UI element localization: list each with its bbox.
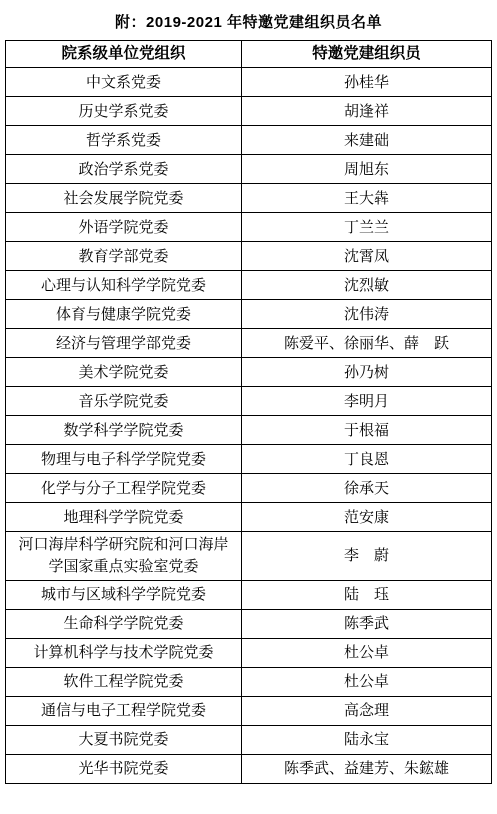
table-row: 计算机科学与技术学院党委杜公卓 [6, 638, 492, 667]
member-cell: 李明月 [242, 387, 492, 416]
org-cell: 光华书院党委 [6, 754, 242, 783]
member-cell: 陆 珏 [242, 580, 492, 609]
member-cell: 孙桂华 [242, 68, 492, 97]
org-cell: 物理与电子科学学院党委 [6, 445, 242, 474]
member-cell: 范安康 [242, 503, 492, 532]
member-cell: 来建础 [242, 126, 492, 155]
table-row: 美术学院党委孙乃树 [6, 358, 492, 387]
table-row: 通信与电子工程学院党委高念理 [6, 696, 492, 725]
member-cell: 李 蔚 [242, 532, 492, 581]
org-cell: 哲学系党委 [6, 126, 242, 155]
member-cell: 陆永宝 [242, 725, 492, 754]
org-cell: 经济与管理学部党委 [6, 329, 242, 358]
member-cell: 胡逢祥 [242, 97, 492, 126]
member-cell: 周旭东 [242, 155, 492, 184]
table-row: 哲学系党委来建础 [6, 126, 492, 155]
header-row: 院系级单位党组织 特邀党建组织员 [6, 41, 492, 68]
org-cell: 政治学系党委 [6, 155, 242, 184]
table-row: 体育与健康学院党委沈伟涛 [6, 300, 492, 329]
table-row: 地理科学学院党委范安康 [6, 503, 492, 532]
org-cell: 中文系党委 [6, 68, 242, 97]
org-cell: 教育学部党委 [6, 242, 242, 271]
table-row: 教育学部党委沈霄凤 [6, 242, 492, 271]
member-cell: 于根福 [242, 416, 492, 445]
org-cell: 外语学院党委 [6, 213, 242, 242]
org-cell: 生命科学学院党委 [6, 609, 242, 638]
org-cell: 大夏书院党委 [6, 725, 242, 754]
org-cell: 地理科学学院党委 [6, 503, 242, 532]
org-cell: 河口海岸科学研究院和河口海岸学国家重点实验室党委 [6, 532, 242, 581]
table-row: 光华书院党委陈季武、益建芳、朱鋐雄 [6, 754, 492, 783]
org-cell: 美术学院党委 [6, 358, 242, 387]
member-cell: 陈季武、益建芳、朱鋐雄 [242, 754, 492, 783]
member-cell: 陈季武 [242, 609, 492, 638]
table-row: 中文系党委孙桂华 [6, 68, 492, 97]
org-cell: 城市与区域科学学院党委 [6, 580, 242, 609]
table-row: 河口海岸科学研究院和河口海岸学国家重点实验室党委李 蔚 [6, 532, 492, 581]
member-cell: 丁良恩 [242, 445, 492, 474]
column-header-member: 特邀党建组织员 [242, 41, 492, 68]
member-cell: 徐承天 [242, 474, 492, 503]
org-cell: 化学与分子工程学院党委 [6, 474, 242, 503]
org-cell: 音乐学院党委 [6, 387, 242, 416]
member-cell: 沈霄凤 [242, 242, 492, 271]
column-header-org: 院系级单位党组织 [6, 41, 242, 68]
org-cell: 心理与认知科学学院党委 [6, 271, 242, 300]
org-cell: 社会发展学院党委 [6, 184, 242, 213]
table-row: 软件工程学院党委杜公卓 [6, 667, 492, 696]
document-page: 附：2019-2021 年特邀党建组织员名单 院系级单位党组织 特邀党建组织员 … [0, 0, 497, 814]
member-cell: 高念理 [242, 696, 492, 725]
table-row: 生命科学学院党委陈季武 [6, 609, 492, 638]
table-row: 音乐学院党委李明月 [6, 387, 492, 416]
member-cell: 杜公卓 [242, 667, 492, 696]
member-cell: 丁兰兰 [242, 213, 492, 242]
invited-organizers-table: 院系级单位党组织 特邀党建组织员 中文系党委孙桂华历史学系党委胡逢祥哲学系党委来… [5, 40, 492, 784]
table-row: 城市与区域科学学院党委陆 珏 [6, 580, 492, 609]
table-row: 历史学系党委胡逢祥 [6, 97, 492, 126]
table-row: 物理与电子科学学院党委丁良恩 [6, 445, 492, 474]
org-cell: 通信与电子工程学院党委 [6, 696, 242, 725]
page-title: 附：2019-2021 年特邀党建组织员名单 [0, 0, 497, 40]
org-cell: 体育与健康学院党委 [6, 300, 242, 329]
member-cell: 沈伟涛 [242, 300, 492, 329]
member-cell: 孙乃树 [242, 358, 492, 387]
table-row: 经济与管理学部党委陈爱平、徐丽华、薛 跃 [6, 329, 492, 358]
table-row: 心理与认知科学学院党委沈烈敏 [6, 271, 492, 300]
org-cell: 计算机科学与技术学院党委 [6, 638, 242, 667]
org-cell: 历史学系党委 [6, 97, 242, 126]
table-row: 外语学院党委丁兰兰 [6, 213, 492, 242]
member-cell: 杜公卓 [242, 638, 492, 667]
table-body: 中文系党委孙桂华历史学系党委胡逢祥哲学系党委来建础政治学系党委周旭东社会发展学院… [6, 68, 492, 784]
org-cell: 数学科学学院党委 [6, 416, 242, 445]
member-cell: 沈烈敏 [242, 271, 492, 300]
table-row: 政治学系党委周旭东 [6, 155, 492, 184]
member-cell: 陈爱平、徐丽华、薛 跃 [242, 329, 492, 358]
table-row: 大夏书院党委陆永宝 [6, 725, 492, 754]
member-cell: 王大犇 [242, 184, 492, 213]
table-row: 社会发展学院党委王大犇 [6, 184, 492, 213]
table-row: 化学与分子工程学院党委徐承天 [6, 474, 492, 503]
org-cell: 软件工程学院党委 [6, 667, 242, 696]
table-row: 数学科学学院党委于根福 [6, 416, 492, 445]
